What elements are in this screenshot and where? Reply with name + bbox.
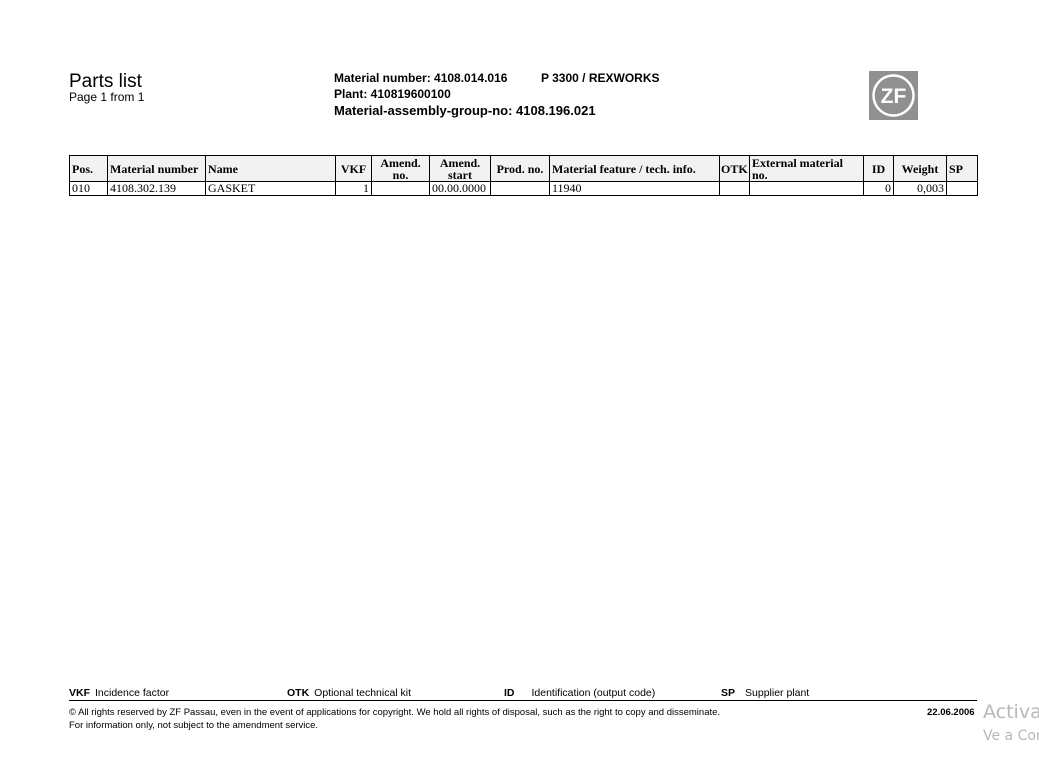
copyright-notice: © All rights reserved by ZF Passau, even… [69,706,720,719]
col-header-prod-no: Prod. no. [491,156,550,182]
col-header-material-number: Material number [108,156,206,182]
material-number: Material number: 4108.014.016 [334,71,507,85]
page-info: Page 1 from 1 [69,91,144,104]
svg-text:ZF: ZF [881,85,907,108]
col-header-external-material-no: External material no. [750,156,864,182]
document-title: Parts list [69,72,142,92]
information-note: For information only, not subject to the… [69,719,720,732]
cell-weight: 0,003 [894,182,947,196]
col-header-id: ID [864,156,894,182]
parts-table: Pos. Material number Name VKF Amend. no.… [69,155,978,196]
zf-logo-icon: ZF [869,71,918,120]
cell-prod-no [491,182,550,196]
col-header-pos: Pos. [70,156,108,182]
document-date: 22.06.2006 [927,706,975,719]
cell-material-number: 4108.302.139 [108,182,206,196]
plant: Plant: 410819600100 [334,87,451,101]
activation-watermark: Activar Ve a Con [983,700,1039,746]
col-header-name: Name [206,156,336,182]
cell-sp [947,182,978,196]
watermark-line-1: Activar [983,700,1039,724]
legend-text: Identification (output code) [532,687,656,699]
legend-abbr: ID [504,687,515,699]
legend-abbr: SP [721,687,735,699]
cell-id: 0 [864,182,894,196]
plant-type: P 3300 / REXWORKS [541,71,660,85]
col-header-otk: OTK [720,156,750,182]
legend-text: Supplier plant [745,687,809,699]
col-header-amend-no: Amend. no. [372,156,430,182]
abbreviation-legend: VKFIncidence factor OTKOptional technica… [69,687,977,701]
cell-external-material-no [750,182,864,196]
legend-item-id: IDIdentification (output code) [504,687,655,700]
watermark-line-2: Ve a Con [983,726,1039,746]
table-row: 010 4108.302.139 GASKET 1 00.00.0000 119… [70,182,978,196]
cell-name: GASKET [206,182,336,196]
legend-item-otk: OTKOptional technical kit [287,687,411,700]
col-header-vkf: VKF [336,156,372,182]
legend-item-vkf: VKFIncidence factor [69,687,169,700]
table-header-row: Pos. Material number Name VKF Amend. no.… [70,156,978,182]
footer: © All rights reserved by ZF Passau, even… [69,706,720,732]
legend-abbr: VKF [69,687,90,699]
cell-amend-no [372,182,430,196]
assembly-group-number: Material-assembly-group-no: 4108.196.021 [334,103,596,119]
cell-amend-start: 00.00.0000 [430,182,491,196]
cell-material-feature: 11940 [550,182,720,196]
col-header-weight: Weight [894,156,947,182]
col-header-amend-start: Amend. start [430,156,491,182]
zf-logo: ZF [869,71,918,120]
legend-text: Incidence factor [95,687,169,699]
cell-otk [720,182,750,196]
col-header-sp: SP [947,156,978,182]
legend-text: Optional technical kit [314,687,411,699]
col-header-material-feature: Material feature / tech. info. [550,156,720,182]
cell-vkf: 1 [336,182,372,196]
legend-item-sp: SPSupplier plant [721,687,809,700]
legend-abbr: OTK [287,687,309,699]
cell-pos: 010 [70,182,108,196]
material-number-line: Material number: 4108.014.016 P 3300 / R… [334,71,507,85]
